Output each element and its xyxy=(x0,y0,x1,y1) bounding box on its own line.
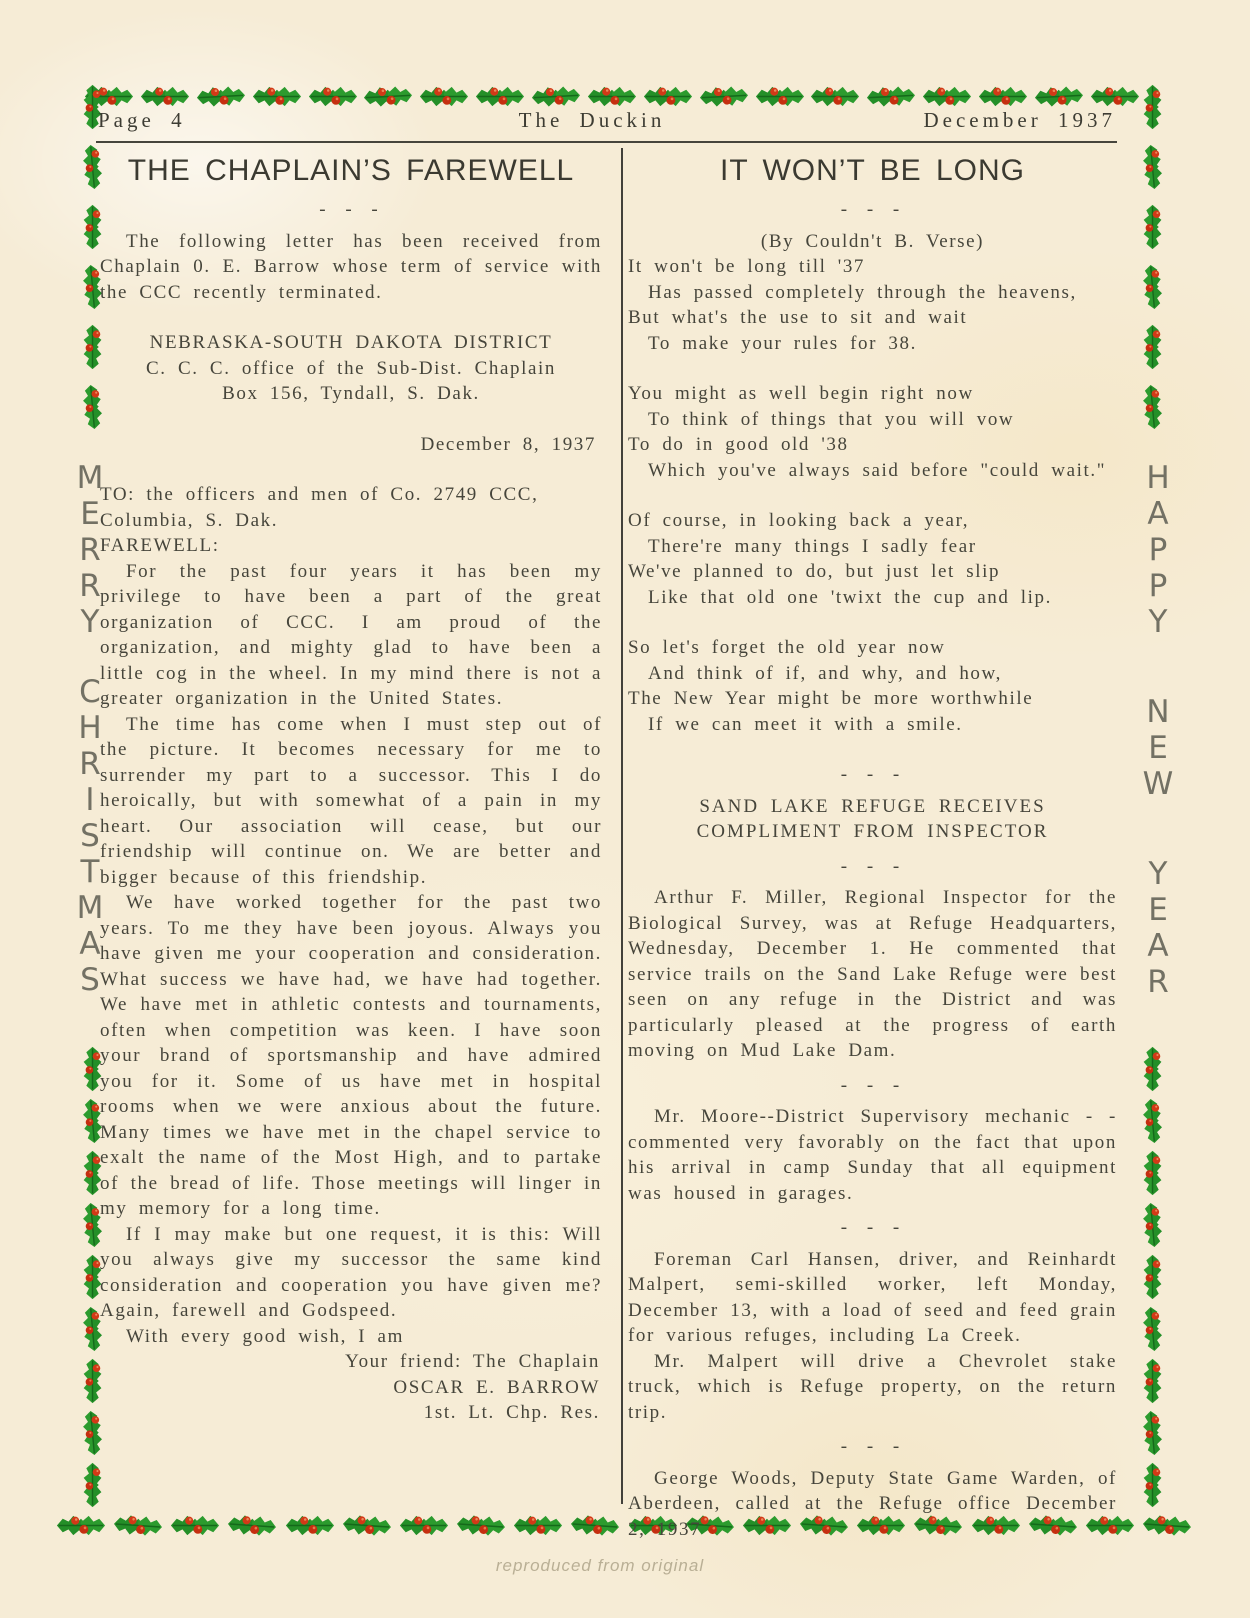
header-rule xyxy=(96,141,1117,143)
vertical-letter: Y xyxy=(1140,856,1176,892)
holly-icon xyxy=(170,1513,220,1538)
holly-icon xyxy=(570,1511,622,1539)
holly-icon xyxy=(80,1462,105,1508)
poem-line: Has passed completely through the heaven… xyxy=(628,280,1117,306)
section-separator: - - - xyxy=(628,762,1117,788)
holly-icon xyxy=(643,84,693,109)
poem-line: So let's forget the old year now xyxy=(628,635,1117,661)
poem-line: To make your rules for 38. xyxy=(628,331,1117,357)
holly-icon xyxy=(755,84,805,109)
holly-icon xyxy=(1138,383,1167,431)
holly-column xyxy=(1140,84,1165,430)
holly-icon xyxy=(1138,143,1167,191)
vertical-letter: H xyxy=(1140,460,1176,496)
news-note-moore: Mr. Moore--District Supervisory mechanic… xyxy=(628,1104,1117,1206)
poem-line: If we can meet it with a smile. xyxy=(628,712,1117,738)
holly-icon xyxy=(1140,1462,1165,1508)
poem-line: But what's the use to sit and wait xyxy=(628,305,1117,331)
page-header: Page 4 The Duckin December 1937 xyxy=(98,108,1116,138)
poem-line: It won't be long till '37 xyxy=(628,254,1117,280)
poem-line: And think of if, and why, and how, xyxy=(628,661,1117,687)
signature-line: 1st. Lt. Chp. Res. xyxy=(100,1400,602,1426)
spacer xyxy=(100,457,602,482)
letter-to-line: Columbia, S. Dak. xyxy=(100,508,602,534)
holly-icon xyxy=(1140,1046,1165,1092)
reproduction-note: reproduced from original xyxy=(0,1556,1200,1576)
holly-border-top xyxy=(84,82,1140,110)
holly-icon xyxy=(363,82,414,110)
poem-line: Which you've always said before "could w… xyxy=(628,458,1117,484)
vertical-letter: A xyxy=(1140,496,1176,532)
holly-icon xyxy=(419,84,469,109)
vertical-word-new: NEW xyxy=(1140,694,1176,802)
district-line: NEBRASKA-SOUTH DAKOTA DISTRICT xyxy=(100,330,602,356)
article-title-it-wont-be-long: IT WON’T BE LONG xyxy=(628,154,1117,188)
holly-icon xyxy=(112,1511,164,1539)
section-separator: - - - xyxy=(628,197,1117,223)
letter-paragraph: For the past four years it has been my p… xyxy=(100,559,602,712)
poem-line: Like that old one 'twixt the cup and lip… xyxy=(628,585,1117,611)
holly-icon xyxy=(1140,1254,1165,1300)
holly-icon xyxy=(195,82,246,110)
poem-line: There're many things I sadly fear xyxy=(628,534,1117,560)
intro-paragraph: The following letter has been received f… xyxy=(100,229,602,306)
letter-closing: With every good wish, I am xyxy=(100,1324,602,1350)
holly-icon xyxy=(308,84,358,109)
newsletter-page: MERRY CHRISTMAS HAPPY NEW YEAR Page 4 Th… xyxy=(0,0,1250,1618)
holly-icon xyxy=(1138,1097,1167,1145)
holly-icon xyxy=(140,84,190,109)
issue-date: December 1937 xyxy=(923,108,1116,133)
vertical-letter: E xyxy=(1140,892,1176,928)
sand-lake-paragraph: Arthur F. Miller, Regional Inspector for… xyxy=(628,885,1117,1064)
sand-lake-heading: COMPLIMENT FROM INSPECTOR xyxy=(628,819,1117,845)
holly-icon xyxy=(252,84,302,109)
poem-stanza: So let's forget the old year now And thi… xyxy=(628,635,1117,737)
poem-line: To think of things that you will vow xyxy=(628,407,1117,433)
poem-stanza: Of course, in looking back a year, There… xyxy=(628,508,1117,610)
holly-icon xyxy=(455,1511,507,1539)
signature-line: Your friend: The Chaplain xyxy=(100,1349,602,1375)
vertical-letter: W xyxy=(1140,766,1176,802)
holly-icon xyxy=(587,84,637,109)
left-column: THE CHAPLAIN’S FAREWELL - - - The follow… xyxy=(100,152,602,1426)
district-line: C. C. C. office of the Sub-Dist. Chaplai… xyxy=(100,356,602,382)
letter-paragraph: The time has come when I must step out o… xyxy=(100,712,602,891)
holly-icon xyxy=(866,82,917,110)
section-separator: - - - xyxy=(628,1434,1117,1460)
section-separator: - - - xyxy=(100,197,602,223)
vertical-letter: Y xyxy=(1140,604,1176,640)
section-separator: - - - xyxy=(628,1215,1117,1241)
holly-icon xyxy=(475,84,525,109)
sand-lake-heading: SAND LAKE REFUGE RECEIVES xyxy=(628,794,1117,820)
poem-line: To do in good old '38 xyxy=(628,432,1117,458)
letter-paragraph: We have worked together for the past two… xyxy=(100,890,602,1222)
article-title-chaplains-farewell: THE CHAPLAIN’S FAREWELL xyxy=(100,154,602,188)
holly-icon xyxy=(1140,324,1165,370)
holly-icon xyxy=(530,82,581,110)
poem-stanza: It won't be long till '37 Has passed com… xyxy=(628,254,1117,356)
district-line: Box 156, Tyndall, S. Dak. xyxy=(100,381,602,407)
holly-icon xyxy=(513,1513,563,1538)
vertical-word-happy: HAPPY xyxy=(1140,460,1176,640)
holly-icon xyxy=(1138,263,1167,311)
holly-icon xyxy=(810,84,860,109)
vertical-letter: P xyxy=(1140,568,1176,604)
holly-icon xyxy=(978,84,1028,109)
holly-icon xyxy=(227,1511,279,1539)
news-note-woods: George Woods, Deputy State Game Warden, … xyxy=(628,1466,1117,1543)
letter-to-line: TO: the officers and men of Co. 2749 CCC… xyxy=(100,482,602,508)
news-note-malpert: Mr. Malpert will drive a Chevrolet stake… xyxy=(628,1349,1117,1426)
poem-stanza: You might as well begin right now To thi… xyxy=(628,381,1117,483)
right-column: IT WON’T BE LONG - - - (By Couldn't B. V… xyxy=(628,152,1117,1542)
column-divider xyxy=(621,148,623,1504)
spacer xyxy=(100,305,602,330)
holly-icon xyxy=(1033,82,1084,110)
holly-icon xyxy=(922,84,972,109)
signature-line: OSCAR E. BARROW xyxy=(100,1375,602,1401)
section-separator: - - - xyxy=(628,854,1117,880)
section-separator: - - - xyxy=(628,1073,1117,1099)
holly-icon xyxy=(698,82,749,110)
letter-salutation: FAREWELL: xyxy=(100,533,602,559)
holly-icon xyxy=(399,1513,449,1538)
happy-new-year-vertical-text: HAPPY NEW YEAR xyxy=(1140,460,1176,1054)
news-note-hansen: Foreman Carl Hansen, driver, and Reinhar… xyxy=(628,1247,1117,1349)
vertical-letter: N xyxy=(1140,694,1176,730)
holly-column xyxy=(1140,1046,1165,1508)
holly-icon xyxy=(1140,1358,1165,1404)
vertical-letter: R xyxy=(1140,964,1176,1000)
letter-date: December 8, 1937 xyxy=(100,432,602,458)
poem-line: We've planned to do, but just let slip xyxy=(628,559,1117,585)
vertical-letter: A xyxy=(1140,928,1176,964)
holly-border-right: HAPPY NEW YEAR xyxy=(1140,84,1176,1544)
holly-icon xyxy=(1090,84,1140,109)
holly-icon xyxy=(1138,1409,1167,1457)
letter-paragraph: If I may make but one request, it is thi… xyxy=(100,1222,602,1324)
holly-icon xyxy=(1140,204,1165,250)
poem-line: You might as well begin right now xyxy=(628,381,1117,407)
holly-icon xyxy=(1140,84,1165,130)
holly-icon xyxy=(341,1511,393,1539)
spacer xyxy=(100,407,602,432)
poem-byline: (By Couldn't B. Verse) xyxy=(628,229,1117,255)
vertical-word-year: YEAR xyxy=(1140,856,1176,1000)
holly-icon xyxy=(285,1513,335,1538)
holly-icon xyxy=(1140,1150,1165,1196)
vertical-letter: P xyxy=(1140,532,1176,568)
poem-line: The New Year might be more worthwhile xyxy=(628,686,1117,712)
holly-icon xyxy=(1138,1305,1167,1353)
holly-icon xyxy=(1138,1201,1167,1249)
poem-line: Of course, in looking back a year, xyxy=(628,508,1117,534)
vertical-letter: E xyxy=(1140,730,1176,766)
